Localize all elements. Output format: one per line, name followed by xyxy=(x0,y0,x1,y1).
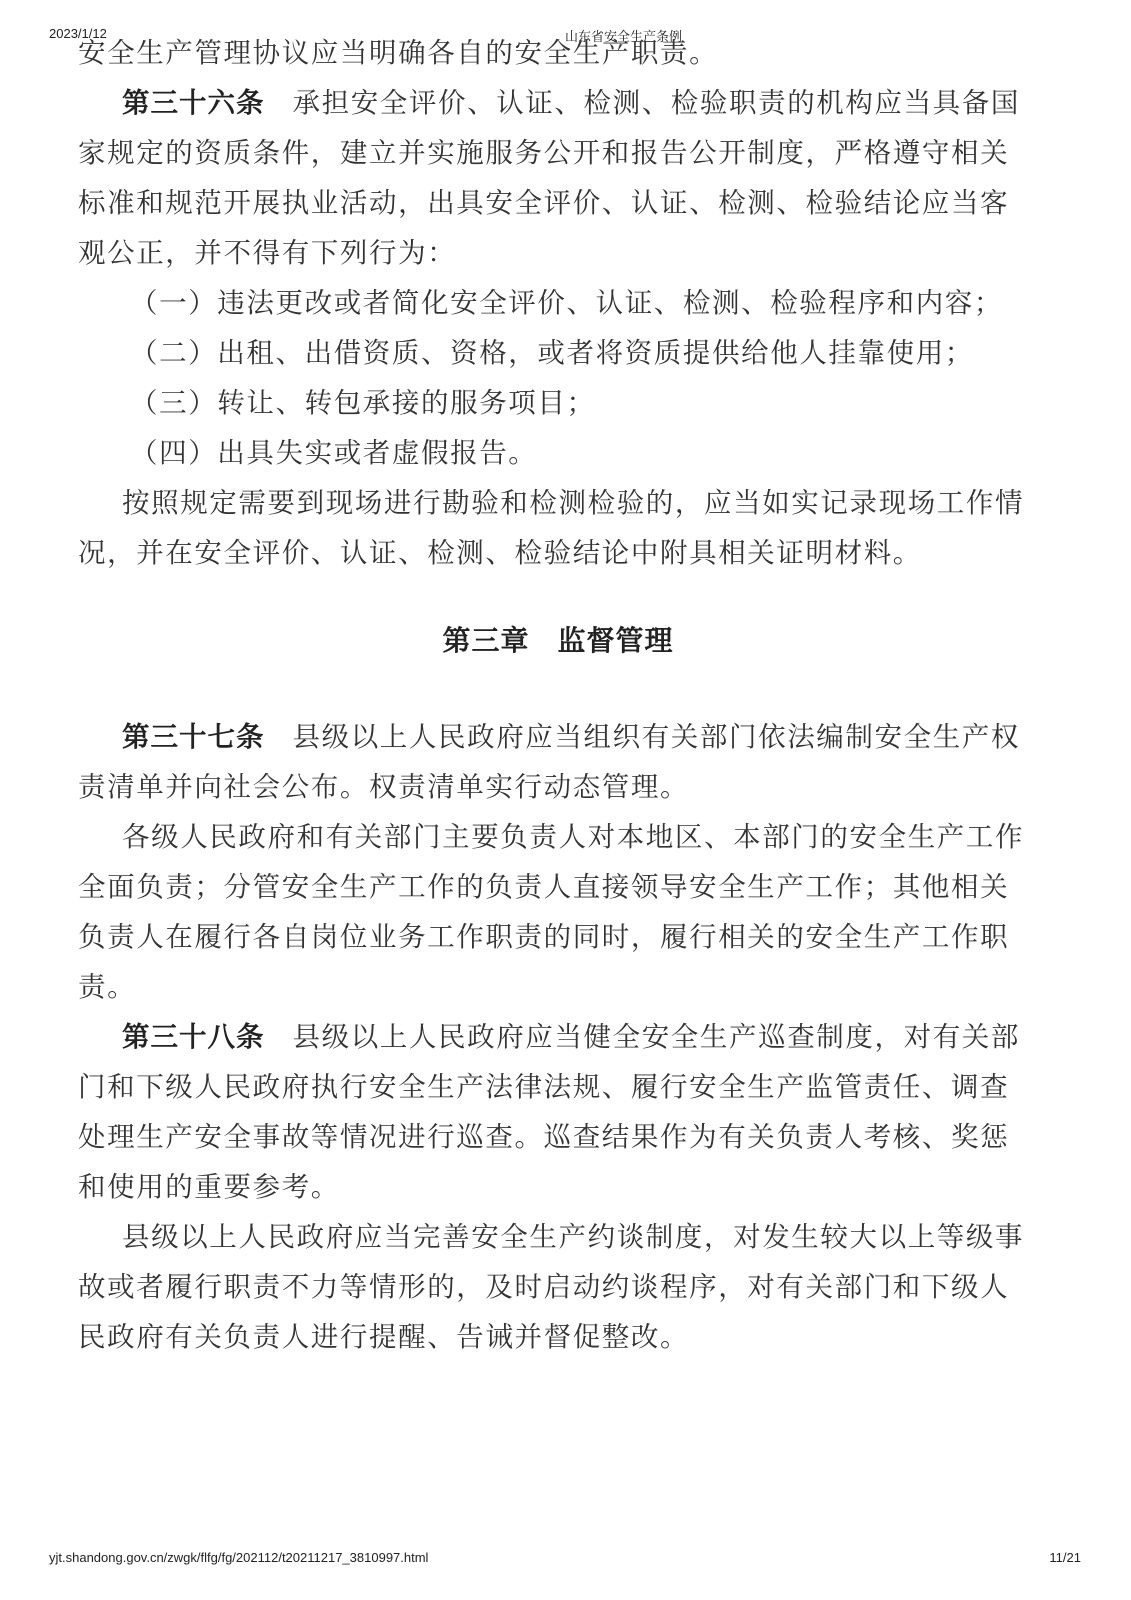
article-36-paragraph-2: 按照规定需要到现场进行勘验和检测检验的，应当如实记录现场工作情况，并在安全评价、… xyxy=(78,478,1038,578)
article-38-paragraph-2: 县级以上人民政府应当完善安全生产约谈制度，对发生较大以上等级事故或者履行职责不力… xyxy=(78,1212,1038,1362)
document-body: 安全生产管理协议应当明确各自的安全生产职责。 第三十六条承担安全评价、认证、检测… xyxy=(78,28,1038,1362)
list-item: （四）出具失实或者虚假报告。 xyxy=(78,428,1038,478)
chapter-title: 监督管理 xyxy=(558,624,674,657)
article-36: 第三十六条承担安全评价、认证、检测、检验职责的机构应当具备国家规定的资质条件，建… xyxy=(78,78,1038,278)
list-item: （二）出租、出借资质、资格，或者将资质提供给他人挂靠使用； xyxy=(78,328,1038,378)
list-item: （三）转让、转包承接的服务项目； xyxy=(78,378,1038,428)
print-footer: yjt.shandong.gov.cn/zwgk/flfg/fg/202112/… xyxy=(0,1550,1131,1570)
chapter-heading: 第三章监督管理 xyxy=(78,616,1038,666)
article-number: 第三十七条 xyxy=(122,721,265,753)
article-37: 第三十七条县级以上人民政府应当组织有关部门依法编制安全生产权责清单并向社会公布。… xyxy=(78,712,1038,812)
continuation-paragraph: 安全生产管理协议应当明确各自的安全生产职责。 xyxy=(78,28,1038,78)
article-number: 第三十六条 xyxy=(122,87,265,119)
article-number: 第三十八条 xyxy=(122,1021,265,1053)
source-url: yjt.shandong.gov.cn/zwgk/flfg/fg/202112/… xyxy=(49,1550,428,1565)
article-38: 第三十八条县级以上人民政府应当健全安全生产巡查制度，对有关部门和下级人民政府执行… xyxy=(78,1012,1038,1212)
chapter-number: 第三章 xyxy=(442,624,529,657)
page-number: 11/21 xyxy=(1049,1550,1081,1565)
list-item: （一）违法更改或者简化安全评价、认证、检测、检验程序和内容； xyxy=(78,278,1038,328)
article-37-paragraph-2: 各级人民政府和有关部门主要负责人对本地区、本部门的安全生产工作全面负责；分管安全… xyxy=(78,812,1038,1012)
